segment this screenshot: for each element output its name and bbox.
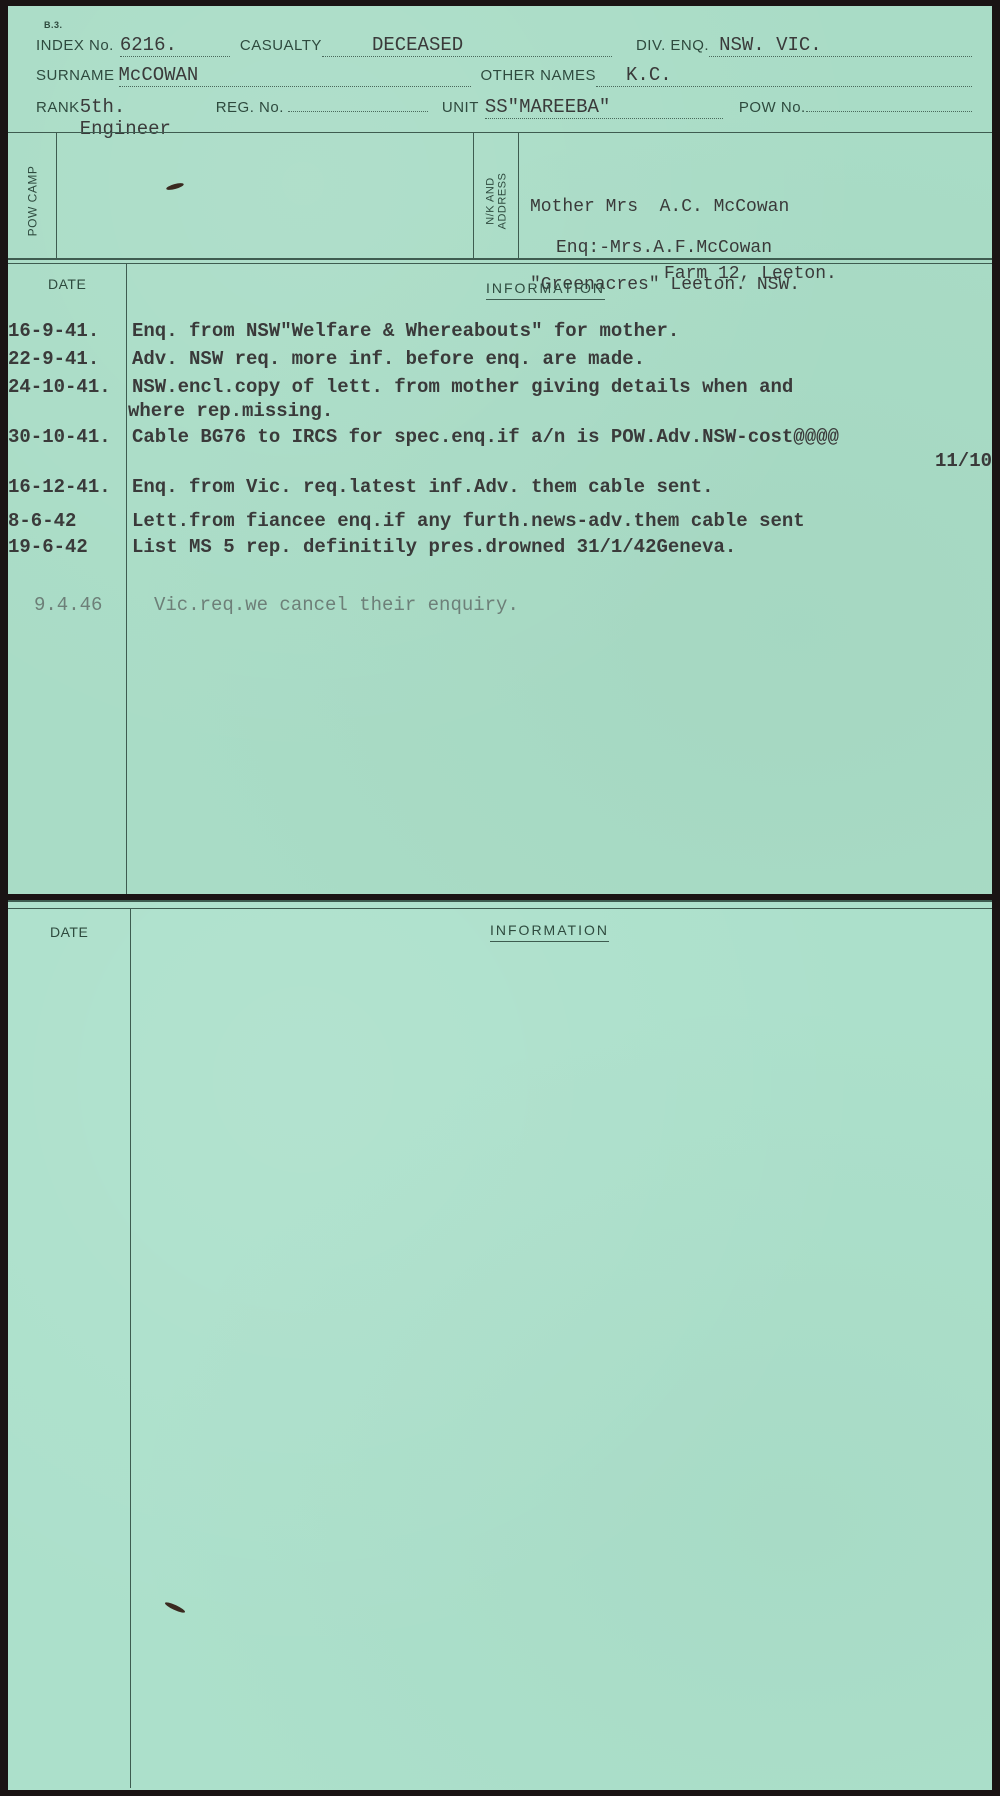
divider <box>8 908 992 909</box>
date-header: DATE <box>48 276 86 292</box>
form-code: B.3. <box>44 20 63 30</box>
entry-info-continued: 11/10 <box>935 450 992 472</box>
entry-info-continued: where rep.missing. <box>128 400 333 422</box>
entry-date: 19-6-42 <box>8 536 88 558</box>
nk-and-label: N/K AND <box>484 173 496 230</box>
entry-info: List MS 5 rep. definitily pres.drowned 3… <box>132 536 736 558</box>
nk-line-1: Mother Mrs A.C. McCowan <box>530 194 800 220</box>
divider <box>8 258 992 260</box>
divider <box>8 900 992 902</box>
enquirer-line-1: Enq:-Mrs.A.F.McCowan <box>556 238 772 258</box>
divider <box>8 263 992 264</box>
unit-value: SS"MAREEBA" <box>485 96 723 119</box>
divider <box>56 132 57 258</box>
pow-camp-value <box>68 146 458 246</box>
information-header: INFORMATION <box>490 922 609 942</box>
reg-no-value <box>288 111 428 112</box>
casualty-value: DECEASED <box>322 34 612 57</box>
record-card-front: B.3. INDEX No. 6216. CASUALTY DECEASED D… <box>8 6 992 894</box>
pow-no-label: POW No. <box>739 99 806 116</box>
surname-label: SURNAME <box>36 67 115 84</box>
casualty-label: CASUALTY <box>240 37 322 54</box>
pow-no-value <box>806 111 972 112</box>
entry-date: 16-12-41. <box>8 476 111 498</box>
entry-info: NSW.encl.copy of lett. from mother givin… <box>132 376 793 398</box>
entry-info: Adv. NSW req. more inf. before enq. are … <box>132 348 645 370</box>
row-index-casualty-div: INDEX No. 6216. CASUALTY DECEASED DIV. E… <box>36 34 972 57</box>
entry-date: 22-9-41. <box>8 348 99 370</box>
surname-value: McCOWAN <box>119 64 471 87</box>
rank-value: 5th. Engineer <box>80 96 216 140</box>
index-no-label: INDEX No. <box>36 37 114 54</box>
date-header: DATE <box>50 924 88 940</box>
date-column-divider <box>130 908 131 1788</box>
enquirer-line-2: Farm 12, Leeton. <box>664 264 837 284</box>
pow-camp-label: POW CAMP <box>25 166 39 237</box>
div-enq-label: DIV. ENQ. <box>636 37 709 54</box>
ink-stain <box>164 1601 186 1615</box>
entry-info: Cable BG76 to IRCS for spec.enq.if a/n i… <box>132 426 839 448</box>
entry-info: Vic.req.we cancel their enquiry. <box>154 594 519 616</box>
entry-date: 16-9-41. <box>8 320 99 342</box>
date-column-divider <box>126 263 127 894</box>
rank-label: RANK <box>36 99 80 116</box>
entry-date: 8-6-42 <box>8 510 76 532</box>
row-rank-reg-unit-pow: RANK 5th. Engineer REG. No. UNIT SS"MARE… <box>36 96 972 140</box>
index-no-value: 6216. <box>120 34 230 57</box>
address-label: ADDRESS <box>496 173 508 230</box>
row-surname-other: SURNAME McCOWAN OTHER NAMES K.C. <box>36 64 972 87</box>
entry-date: 24-10-41. <box>8 376 111 398</box>
nk-address-label-wrap: N/K AND ADDRESS <box>474 151 518 251</box>
reg-no-label: REG. No. <box>216 99 284 116</box>
entry-info: Enq. from NSW"Welfare & Whereabouts" for… <box>132 320 679 342</box>
entry-info: Lett.from fiancee enq.if any furth.news-… <box>132 510 805 532</box>
entry-date: 9.4.46 <box>34 594 102 616</box>
div-enq-value: NSW. VIC. <box>709 34 972 57</box>
information-header: INFORMATION <box>486 280 605 300</box>
other-names-label: OTHER NAMES <box>481 67 597 84</box>
record-card-back: DATE INFORMATION <box>8 902 992 1790</box>
divider <box>518 132 519 258</box>
unit-label: UNIT <box>442 99 479 116</box>
pow-camp-label-wrap: POW CAMP <box>10 156 54 246</box>
entry-date: 30-10-41. <box>8 426 111 448</box>
entry-info: Enq. from Vic. req.latest inf.Adv. them … <box>132 476 714 498</box>
divider <box>8 132 992 133</box>
other-names-value: K.C. <box>596 64 972 87</box>
